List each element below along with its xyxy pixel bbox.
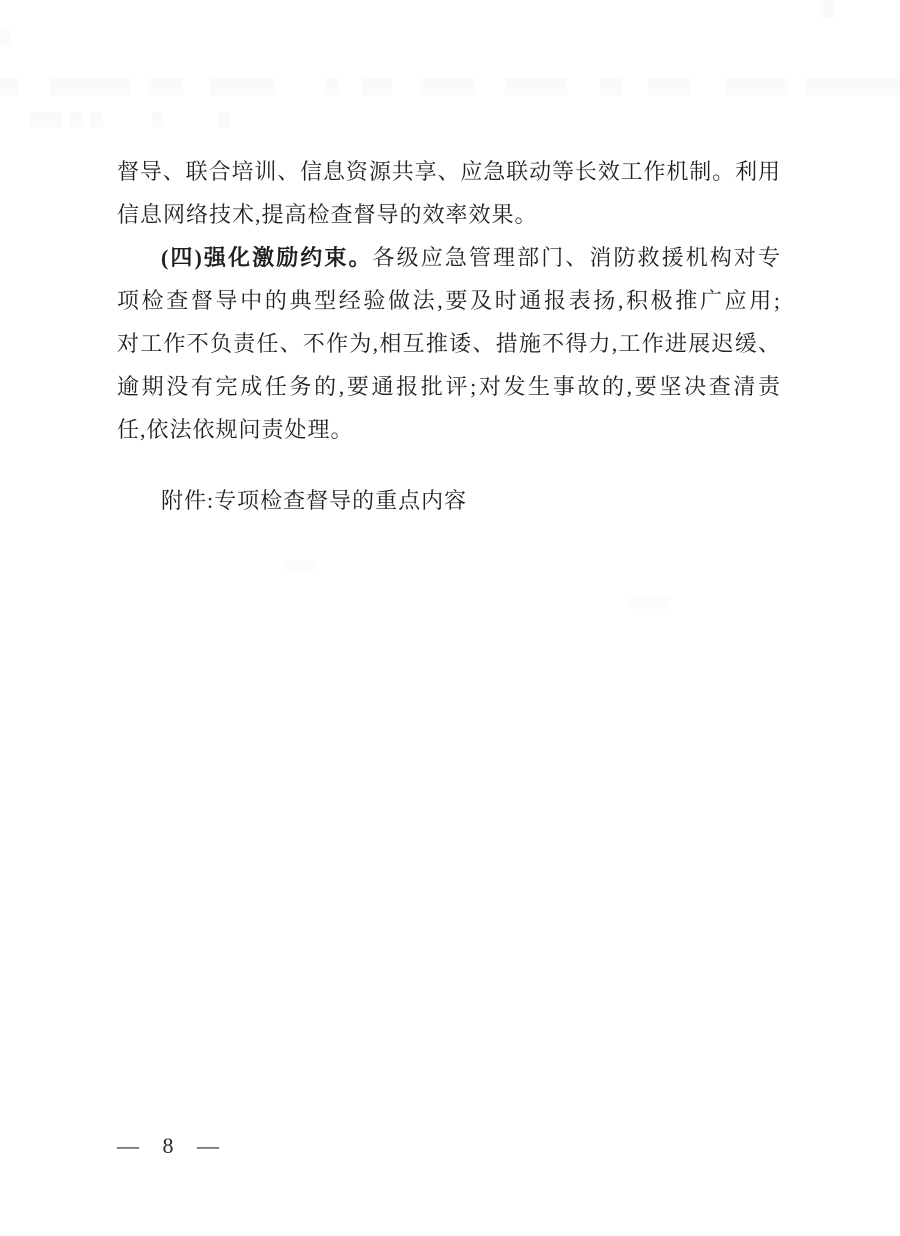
bleed-through-artifact xyxy=(285,560,315,572)
bleed-through-artifact xyxy=(70,112,83,127)
body-text: 各级应急管理部门、消防救援机构对专 xyxy=(373,245,780,270)
bleed-through-artifact xyxy=(726,78,788,95)
body-line: 信息网络技术,提高检查督导的效率效果。 xyxy=(117,193,780,236)
bleed-through-artifact xyxy=(218,112,230,127)
body-line: (四)强化激励约束。各级应急管理部门、消防救援机构对专 xyxy=(117,236,780,279)
bleed-through-artifact xyxy=(0,78,18,95)
body-line: 督导、联合培训、信息资源共享、应急联动等长效工作机制。利用 xyxy=(117,150,780,193)
page-number: — 8 — xyxy=(117,1124,221,1167)
bleed-through-artifact xyxy=(30,112,62,127)
bleed-through-artifact xyxy=(806,78,900,95)
attachment-note: 附件:专项检查督导的重点内容 xyxy=(117,479,780,522)
bleed-through-artifact xyxy=(630,595,670,609)
bleed-through-artifact xyxy=(210,78,275,95)
bleed-through-artifact xyxy=(325,78,339,95)
bleed-through-artifact xyxy=(90,112,103,127)
paragraph-lead: (四)强化激励约束。 xyxy=(161,245,373,270)
bleed-through-artifact xyxy=(152,112,163,127)
bleed-through-artifact xyxy=(362,78,392,95)
bleed-through-artifact xyxy=(0,30,10,46)
body-line: 项检查督导中的典型经验做法,要及时通报表扬,积极推广应用; xyxy=(117,279,780,322)
document-body: 督导、联合培训、信息资源共享、应急联动等长效工作机制。利用 信息网络技术,提高检… xyxy=(117,150,780,522)
bleed-through-artifact xyxy=(820,0,834,18)
body-line: 任,依法依规问责处理。 xyxy=(117,408,780,451)
bleed-through-artifact xyxy=(505,78,567,95)
bleed-through-artifact xyxy=(600,78,622,95)
bleed-through-artifact xyxy=(148,78,183,95)
bleed-through-artifact xyxy=(420,78,475,95)
body-line: 对工作不负责任、不作为,相互推诿、措施不得力,工作进展迟缓、 xyxy=(117,322,780,365)
document-page: 督导、联合培训、信息资源共享、应急联动等长效工作机制。利用 信息网络技术,提高检… xyxy=(0,0,900,1236)
body-line: 逾期没有完成任务的,要通报批评;对发生事故的,要坚决查清责 xyxy=(117,365,780,408)
bleed-through-artifact xyxy=(648,78,690,95)
bleed-through-artifact xyxy=(50,78,130,95)
